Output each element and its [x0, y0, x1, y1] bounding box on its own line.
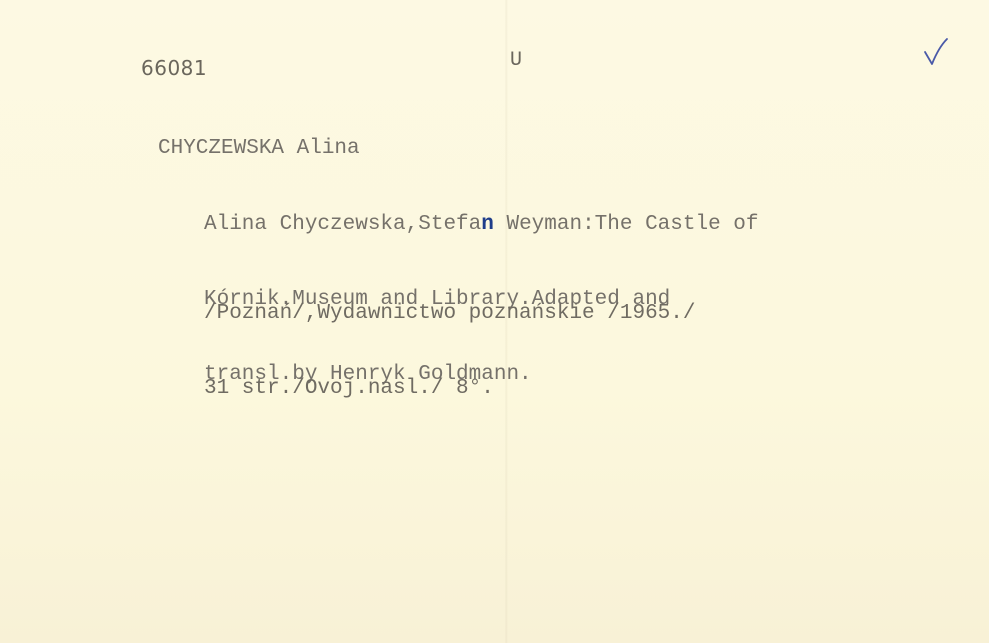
ink-correction: n [481, 213, 494, 236]
card-number: 66081 [141, 56, 207, 80]
location-mark: U [510, 49, 522, 72]
publication-info: /Poznań/,Wydawnictwo poznańskie /1965./ … [204, 251, 695, 451]
publication-line-1: /Poznań/,Wydawnictwo poznańskie /1965./ [204, 301, 695, 326]
catalog-card: 66081 U CHYCZEWSKA Alina Alina Chyczewsk… [0, 0, 989, 643]
line-text: Weyman:The Castle of [494, 213, 759, 236]
checkmark-icon [922, 36, 950, 68]
author-heading: CHYCZEWSKA Alina [158, 137, 360, 160]
line-text: Alina Chyczewska,Stefa [204, 213, 481, 236]
publication-line-2: 31 str./Ovoj.nasl./ 8°. [204, 376, 695, 401]
description-line-1: Alina Chyczewska,Stefan Weyman:The Castl… [204, 212, 759, 237]
